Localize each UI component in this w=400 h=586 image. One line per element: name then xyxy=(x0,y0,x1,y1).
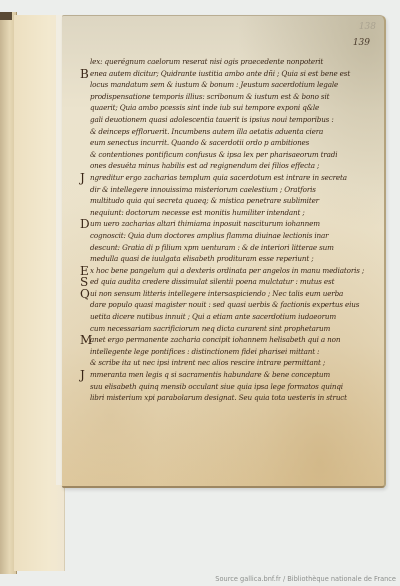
manuscript-line: Sed quia audita credere dissimulat silen… xyxy=(82,276,367,288)
line-text: dare populo quasi magister nouit : sed q… xyxy=(90,300,359,309)
line-text: x hoc bene pangelum qui a dexteris ordin… xyxy=(90,266,364,275)
line-text: anet ergo permanente zacharia concipit i… xyxy=(90,335,340,344)
manuscript-line: Ex hoc bene pangelum qui a dexteris ordi… xyxy=(82,265,367,277)
line-text: descunt: Gratia di p filium xpm uenturam… xyxy=(90,243,334,252)
manuscript-folio: 138 139 lex: querégnum caelorum reserat … xyxy=(62,15,386,488)
line-text: ui non sensum litteris intellegere inter… xyxy=(90,289,343,298)
folio-number: 139 xyxy=(353,38,370,48)
manuscript-line: multitudo quia qui secreta quaeq; & mist… xyxy=(82,195,367,207)
line-text: um uero zacharias altari thimiama inposu… xyxy=(90,219,320,228)
manuscript-line: dare populo quasi magister nouit : sed q… xyxy=(82,299,367,311)
manuscript-line: ones desuéta minus habilis est ad regign… xyxy=(82,160,367,172)
line-text: libri misterium xpi parabolarum designat… xyxy=(90,393,347,402)
line-text: ngreditur ergo zacharias templum quia sa… xyxy=(90,173,347,182)
line-text: enea autem dicitur; Quidrante iustitia a… xyxy=(90,69,350,78)
manuscript-line: quaerit; Quia ambo pcessis sint inde iub… xyxy=(82,102,367,114)
manuscript-line: eum senectus incurrit. Quando & sacerdot… xyxy=(82,137,367,149)
line-text: mmeranta men legis q si sacramentis habu… xyxy=(90,370,330,379)
manuscript-line: Jmmeranta men legis q si sacramentis hab… xyxy=(82,369,367,381)
shelfmark-pencil: 138 xyxy=(359,22,376,32)
manuscript-line: suu elisabeth quinq mensib occulant siue… xyxy=(82,381,367,393)
manuscript-line: dir & intellegere innouissima misterioru… xyxy=(82,184,367,196)
line-text: & deinceps effloruerit. Incumbens autem … xyxy=(90,127,323,136)
manuscript-text-block: lex: querégnum caelorum reserat nisi ogi… xyxy=(82,56,367,404)
line-text: cognoscit: Quia dum doctores amplius fla… xyxy=(90,231,328,240)
line-text: cum necessariam sacrificiorum neq dicta … xyxy=(90,324,330,333)
manuscript-line: cum necessariam sacrificiorum neq dicta … xyxy=(82,323,367,335)
line-text: nequiunt: doctorum necesse est monitis h… xyxy=(90,208,305,217)
line-text: lex: querégnum caelorum reserat nisi ogi… xyxy=(90,57,323,66)
line-text: dir & intellegere innouissima misterioru… xyxy=(90,185,316,194)
manuscript-line: Jngreditur ergo zacharias templum quia s… xyxy=(82,172,367,184)
manuscript-line: locus mandatum sem & iustum & bonum : Je… xyxy=(82,79,367,91)
line-text: ed quia audita credere dissimulat silent… xyxy=(90,277,334,286)
line-text: suu elisabeth quinq mensib occulant siue… xyxy=(90,382,343,391)
manuscript-line: uetita dicere nutibus innuit ; Qui a eti… xyxy=(82,311,367,323)
manuscript-line: gali deuotionem quasi adolescentia tauer… xyxy=(82,114,367,126)
line-text: uetita dicere nutibus innuit ; Qui a eti… xyxy=(90,312,336,321)
line-text: eum senectus incurrit. Quando & sacerdot… xyxy=(90,138,309,147)
manuscript-line: Qui non sensum litteris intellegere inte… xyxy=(82,288,367,300)
manuscript-line: prodispensatione temporis illius: scribo… xyxy=(82,91,367,103)
manuscript-line: & contentiones pontificum confusus & ips… xyxy=(82,149,367,161)
line-text: ones desuéta minus habilis est ad regign… xyxy=(90,161,319,170)
line-text: quaerit; Quia ambo pcessis sint inde iub… xyxy=(90,103,319,112)
line-text: locus mandatum sem & iustum & bonum : Je… xyxy=(90,80,338,89)
manuscript-line: intellegente lege pontifices : distincti… xyxy=(82,346,367,358)
line-text: gali deuotionem quasi adolescentia tauer… xyxy=(90,115,334,124)
manuscript-line: libri misterium xpi parabolarum designat… xyxy=(82,392,367,404)
line-text: intellegente lege pontifices : distincti… xyxy=(90,347,319,356)
line-text: multitudo quia qui secreta quaeq; & mist… xyxy=(90,196,319,205)
manuscript-line: Benea autem dicitur; Quidrante iustitia … xyxy=(82,68,367,80)
manuscript-viewer: 138 139 lex: querégnum caelorum reserat … xyxy=(0,0,400,586)
manuscript-line: Manet ergo permanente zacharia concipit … xyxy=(82,334,367,346)
manuscript-line: cognoscit: Quia dum doctores amplius fla… xyxy=(82,230,367,242)
binding-shadow xyxy=(0,12,12,20)
manuscript-line: medulla quasi de iuulgata elisabeth prod… xyxy=(82,253,367,265)
manuscript-line: lex: querégnum caelorum reserat nisi ogi… xyxy=(82,56,367,68)
manuscript-line: Dum uero zacharias altari thimiama inpos… xyxy=(82,218,367,230)
line-text: prodispensatione temporis illius: scribo… xyxy=(90,92,329,101)
line-text: medulla quasi de iuulgata elisabeth prod… xyxy=(90,254,314,263)
line-text: & contentiones pontificum confusus & ips… xyxy=(90,150,337,159)
manuscript-line: descunt: Gratia di p filium xpm uenturam… xyxy=(82,242,367,254)
manuscript-line: & scribe ita ut nec ipsi intrent nec ali… xyxy=(82,357,367,369)
manuscript-line: & deinceps effloruerit. Incumbens autem … xyxy=(82,126,367,138)
source-credit: Source gallica.bnf.fr / Bibliothèque nat… xyxy=(215,575,396,583)
line-text: & scribe ita ut nec ipsi intrent nec ali… xyxy=(90,358,325,367)
manuscript-line: nequiunt: doctorum necesse est monitis h… xyxy=(82,207,367,219)
